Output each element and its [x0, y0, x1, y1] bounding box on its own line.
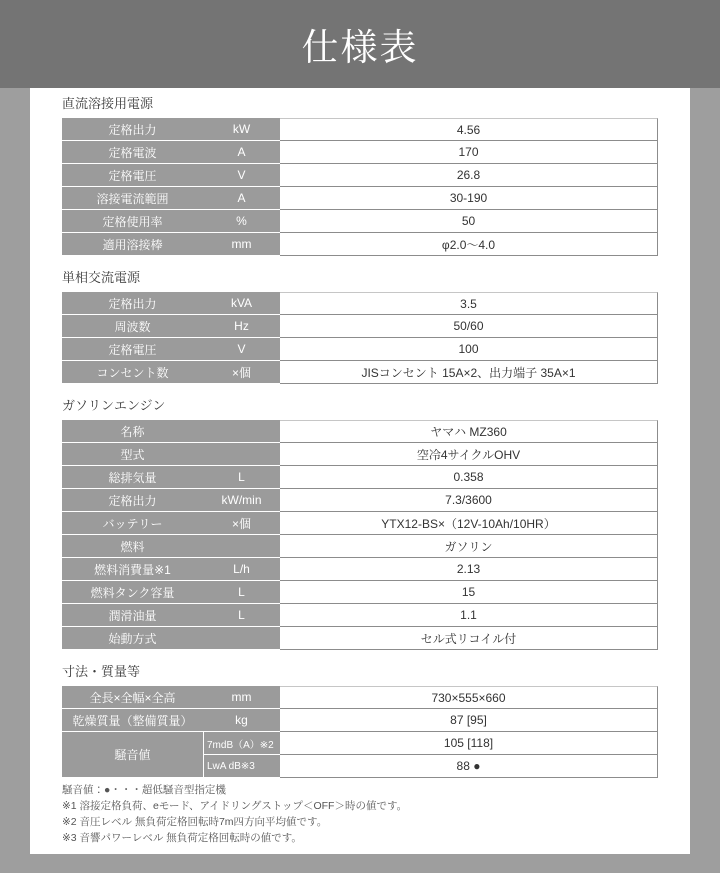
page-title: 仕様表 — [302, 17, 419, 71]
row-label: バッテリー — [62, 512, 203, 535]
row-value: 0.358 — [280, 466, 658, 489]
row-label: 騒音値 — [62, 732, 203, 777]
table-row: 定格電波A170 — [62, 141, 658, 164]
section-title: 単相交流電源 — [62, 270, 658, 286]
row-value: ヤマハ MZ360 — [280, 420, 658, 443]
table-row: 総排気量L0.358 — [62, 466, 658, 489]
spec-card: 直流溶接用電源定格出力kW4.56定格電波A170定格電圧V26.8溶接電流範囲… — [30, 88, 690, 854]
table-row: 潤滑油量L1.1 — [62, 604, 658, 627]
spec-table: 名称ヤマハ MZ360型式空冷4サイクルOHV総排気量L0.358定格出力kW/… — [62, 420, 658, 650]
table-row: 燃料消費量※1L/h2.13 — [62, 558, 658, 581]
row-value: 105 [118] — [280, 732, 658, 755]
row-value: 4.56 — [280, 118, 658, 141]
table-row: 型式空冷4サイクルOHV — [62, 443, 658, 466]
row-unit: L — [203, 581, 280, 604]
footnote-line: ※3 音響パワーレベル 無負荷定格回転時の値です。 — [62, 830, 658, 846]
row-unit: A — [203, 187, 280, 210]
table-row: 始動方式セル式リコイル付 — [62, 627, 658, 650]
row-unit: L/h — [203, 558, 280, 581]
sections-container: 直流溶接用電源定格出力kW4.56定格電波A170定格電圧V26.8溶接電流範囲… — [62, 96, 658, 778]
row-value: YTX12-BS×（12V-10Ah/10HR） — [280, 512, 658, 535]
spec-section: 寸法・質量等全長×全幅×全高mm730×555×660乾燥質量（整備質量）kg8… — [62, 664, 658, 778]
table-row: 定格出力kW4.56 — [62, 118, 658, 141]
row-value: 2.13 — [280, 558, 658, 581]
row-unit: L — [203, 604, 280, 627]
row-unit: kg — [203, 709, 280, 732]
row-value: 50 — [280, 210, 658, 233]
row-value: 88 ● — [280, 755, 658, 778]
row-label: 定格出力 — [62, 292, 203, 315]
row-unit — [203, 627, 280, 649]
row-value: 1.1 — [280, 604, 658, 627]
row-value: 730×555×660 — [280, 686, 658, 709]
spec-table: 定格出力kW4.56定格電波A170定格電圧V26.8溶接電流範囲A30-190… — [62, 118, 658, 256]
row-value: 30-190 — [280, 187, 658, 210]
table-row: 全長×全幅×全高mm730×555×660 — [62, 686, 658, 709]
row-label: 燃料 — [62, 535, 203, 558]
row-unit — [203, 535, 280, 558]
row-unit: A — [203, 141, 280, 164]
row-unit: L — [203, 466, 280, 489]
row-value: セル式リコイル付 — [280, 627, 658, 650]
row-label: 定格電波 — [62, 141, 203, 164]
row-unit: kVA — [203, 292, 280, 315]
row-unit: ×個 — [203, 361, 280, 383]
row-label: 全長×全幅×全高 — [62, 686, 203, 709]
row-label: コンセント数 — [62, 361, 203, 383]
section-title: 直流溶接用電源 — [62, 96, 658, 112]
row-value: 100 — [280, 338, 658, 361]
row-value: φ2.0～4.0 — [280, 233, 658, 256]
page: 仕様表 直流溶接用電源定格出力kW4.56定格電波A170定格電圧V26.8溶接… — [0, 0, 720, 873]
table-row: コンセント数×個JISコンセント 15A×2、出力端子 35A×1 — [62, 361, 658, 384]
section-title: ガソリンエンジン — [62, 398, 658, 414]
row-unit: mm — [203, 233, 280, 255]
spec-section: ガソリンエンジン名称ヤマハ MZ360型式空冷4サイクルOHV総排気量L0.35… — [62, 398, 658, 650]
footnote-line: 騒音値：●・・・超低騒音型指定機 — [62, 782, 658, 798]
value-subcolumn: 105 [118]88 ● — [280, 732, 658, 778]
footnote-line: ※2 音圧レベル 無負荷定格回転時7m四方向平均値です。 — [62, 814, 658, 830]
table-row: バッテリー×個YTX12-BS×（12V-10Ah/10HR） — [62, 512, 658, 535]
row-unit: 7mdB（A）※2 — [203, 732, 280, 755]
spec-table: 全長×全幅×全高mm730×555×660乾燥質量（整備質量）kg87 [95]… — [62, 686, 658, 778]
row-unit: V — [203, 164, 280, 187]
row-value: 3.5 — [280, 292, 658, 315]
spec-table: 定格出力kVA3.5周波数Hz50/60定格電圧V100コンセント数×個JISコ… — [62, 292, 658, 384]
row-label: 定格使用率 — [62, 210, 203, 233]
row-label: 名称 — [62, 420, 203, 443]
table-row: 定格電圧V100 — [62, 338, 658, 361]
title-bar: 仕様表 — [0, 0, 720, 88]
row-label: 始動方式 — [62, 627, 203, 649]
row-label: 定格電圧 — [62, 338, 203, 361]
row-label: 周波数 — [62, 315, 203, 338]
row-unit: LwA dB※3 — [203, 755, 280, 777]
row-label: 適用溶接棒 — [62, 233, 203, 255]
row-label: 型式 — [62, 443, 203, 466]
table-row: 溶接電流範囲A30-190 — [62, 187, 658, 210]
row-label: 定格電圧 — [62, 164, 203, 187]
row-label: 燃料消費量※1 — [62, 558, 203, 581]
row-value: 26.8 — [280, 164, 658, 187]
row-unit: kW — [203, 118, 280, 141]
row-label: 乾燥質量（整備質量） — [62, 709, 203, 732]
table-row: 定格使用率%50 — [62, 210, 658, 233]
row-value: ガソリン — [280, 535, 658, 558]
row-label: 総排気量 — [62, 466, 203, 489]
table-row: 燃料タンク容量L15 — [62, 581, 658, 604]
table-row: 適用溶接棒mmφ2.0～4.0 — [62, 233, 658, 256]
row-unit: ×個 — [203, 512, 280, 535]
row-unit: Hz — [203, 315, 280, 338]
row-unit — [203, 443, 280, 466]
row-value: 空冷4サイクルOHV — [280, 443, 658, 466]
row-value: 87 [95] — [280, 709, 658, 732]
row-value: 15 — [280, 581, 658, 604]
row-value: 170 — [280, 141, 658, 164]
footnotes: 騒音値：●・・・超低騒音型指定機※1 溶接定格負荷、eモード、アイドリングストッ… — [62, 782, 658, 846]
spec-section: 単相交流電源定格出力kVA3.5周波数Hz50/60定格電圧V100コンセント数… — [62, 270, 658, 384]
row-label: 定格出力 — [62, 118, 203, 141]
unit-subcolumn: 7mdB（A）※2LwA dB※3 — [203, 732, 280, 778]
row-label: 溶接電流範囲 — [62, 187, 203, 210]
table-row: 騒音値7mdB（A）※2LwA dB※3105 [118]88 ● — [62, 732, 658, 778]
row-unit: kW/min — [203, 489, 280, 512]
row-unit — [203, 420, 280, 443]
table-row: 周波数Hz50/60 — [62, 315, 658, 338]
row-unit: mm — [203, 686, 280, 709]
spec-section: 直流溶接用電源定格出力kW4.56定格電波A170定格電圧V26.8溶接電流範囲… — [62, 96, 658, 256]
section-title: 寸法・質量等 — [62, 664, 658, 680]
table-row: 定格電圧V26.8 — [62, 164, 658, 187]
table-row: 乾燥質量（整備質量）kg87 [95] — [62, 709, 658, 732]
row-value: 7.3/3600 — [280, 489, 658, 512]
table-row: 定格出力kVA3.5 — [62, 292, 658, 315]
row-unit: V — [203, 338, 280, 361]
row-value: JISコンセント 15A×2、出力端子 35A×1 — [280, 361, 658, 384]
table-row: 燃料ガソリン — [62, 535, 658, 558]
row-label: 燃料タンク容量 — [62, 581, 203, 604]
row-label: 定格出力 — [62, 489, 203, 512]
footnote-line: ※1 溶接定格負荷、eモード、アイドリングストップ＜OFF＞時の値です。 — [62, 798, 658, 814]
table-row: 定格出力kW/min7.3/3600 — [62, 489, 658, 512]
row-unit: % — [203, 210, 280, 233]
row-label: 潤滑油量 — [62, 604, 203, 627]
row-value: 50/60 — [280, 315, 658, 338]
table-row: 名称ヤマハ MZ360 — [62, 420, 658, 443]
